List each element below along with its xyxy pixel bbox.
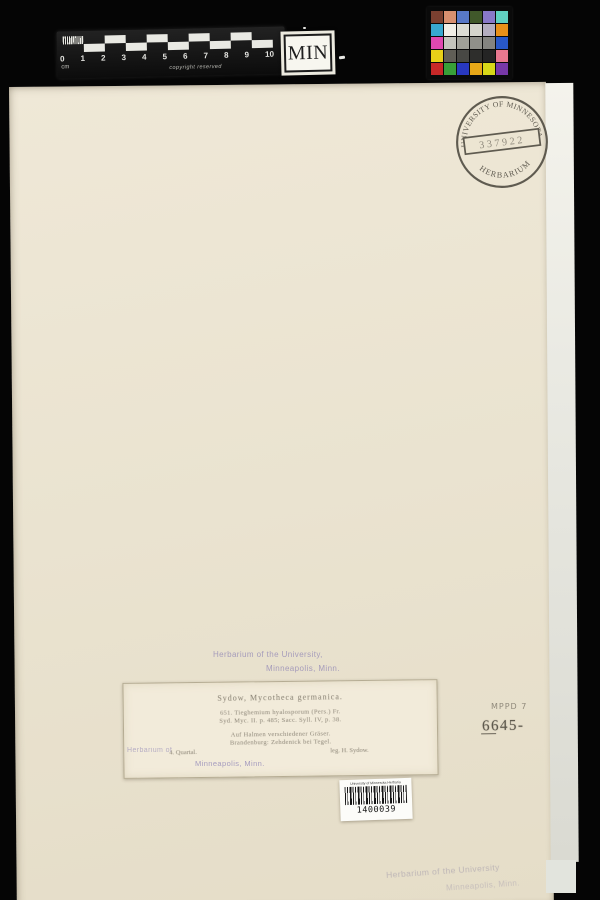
purple-stamp-line: Minneapolis, Minn. (266, 664, 340, 673)
ruler-number: 7 (203, 51, 208, 60)
color-patch (483, 24, 495, 36)
color-patch (431, 11, 443, 23)
color-patch (470, 50, 482, 62)
color-patch (470, 11, 482, 23)
color-patch (496, 24, 508, 36)
color-patch (431, 24, 443, 36)
color-calibration-chart (427, 7, 512, 79)
stamp-arc-bottom-text: HERBARIUM (477, 158, 534, 183)
specimen-label: Sydow, Mycotheca germanica. 651. Tieghem… (122, 679, 438, 779)
ruler-number: 1 (81, 54, 86, 63)
color-patch (496, 11, 508, 23)
color-patch (457, 37, 469, 49)
min-label-tag: MIN (280, 30, 335, 75)
adjacent-sheet-corner (546, 860, 576, 893)
color-patch (457, 24, 469, 36)
label-collector: leg. H. Sydow. (330, 747, 368, 754)
color-patch (483, 37, 495, 49)
ruler-checker (63, 32, 273, 53)
ruler-unit-label: cm (61, 64, 69, 70)
color-patch (470, 24, 482, 36)
ruler-number: 2 (101, 53, 106, 62)
barcode-number: 1400039 (340, 804, 412, 817)
color-patch (431, 37, 443, 49)
ruler-cm-block (63, 44, 84, 52)
ruler-cm-block (168, 42, 189, 50)
ruler-cm-block (105, 43, 126, 51)
color-patch (431, 63, 443, 75)
color-patch (444, 24, 456, 36)
ruler-number: 3 (122, 53, 127, 62)
ruler-cm-block (231, 40, 252, 48)
color-patch (457, 50, 469, 62)
ruler-cm-block (147, 42, 168, 50)
herbarium-round-stamp: UNIVERSITY OF MINNESOTA HERBARIUM 337922 (450, 90, 554, 194)
dust-speck (339, 56, 345, 60)
ruler-cm-block (84, 44, 105, 52)
ruler-number: 5 (162, 52, 167, 61)
ruler-number: 6 (183, 52, 188, 61)
ruler-number: 10 (265, 50, 274, 59)
ruler-cm-block (210, 41, 231, 49)
color-patch (431, 50, 443, 62)
ruler-number: 9 (244, 50, 249, 59)
dust-speck (303, 27, 306, 29)
color-patch (496, 37, 508, 49)
ruler-number: 0 (60, 54, 65, 63)
ruler-cm-block (189, 41, 210, 49)
color-patch (496, 50, 508, 62)
ruler-copyright-text: copyright reserved (169, 64, 222, 71)
color-patch (470, 63, 482, 75)
purple-stamp-line: Minneapolis, Minn. (195, 759, 265, 768)
specimen-sheet (9, 82, 554, 900)
ruler-number: 4 (142, 53, 147, 62)
color-patch (483, 63, 495, 75)
label-series-title: Sydow, Mycotheca germanica. (124, 691, 437, 704)
barcode-bars (345, 785, 408, 805)
color-patch (483, 50, 495, 62)
scale-ruler: 012345678910 cm copyright reserved (56, 26, 285, 78)
color-patch (496, 63, 508, 75)
color-patch (457, 63, 469, 75)
specimen-photo: 012345678910 cm copyright reserved MIN U… (0, 0, 600, 900)
color-patch (444, 11, 456, 23)
ruler-cm-block (126, 43, 147, 51)
adjacent-sheet-edge (545, 83, 578, 862)
min-label-text: MIN (284, 33, 333, 72)
color-patch (483, 11, 495, 23)
color-patch (457, 11, 469, 23)
ruler-number: 8 (224, 51, 229, 60)
color-patch (444, 37, 456, 49)
color-patch (444, 63, 456, 75)
accession-number-stamp: 6645- (482, 718, 525, 736)
pencil-annotation: MPPD 7 (491, 702, 527, 711)
purple-stamp-line: Herbarium of the University, (213, 650, 323, 659)
color-patch (470, 37, 482, 49)
barcode-label: University of Minnesota Herbaria 1400039 (339, 778, 412, 821)
color-patch (444, 50, 456, 62)
label-date: 4. Quartal. (169, 749, 197, 756)
ruler-cm-block (252, 40, 273, 48)
purple-stamp-line: Herbarium of (127, 747, 172, 754)
color-chart-grid (431, 11, 508, 75)
